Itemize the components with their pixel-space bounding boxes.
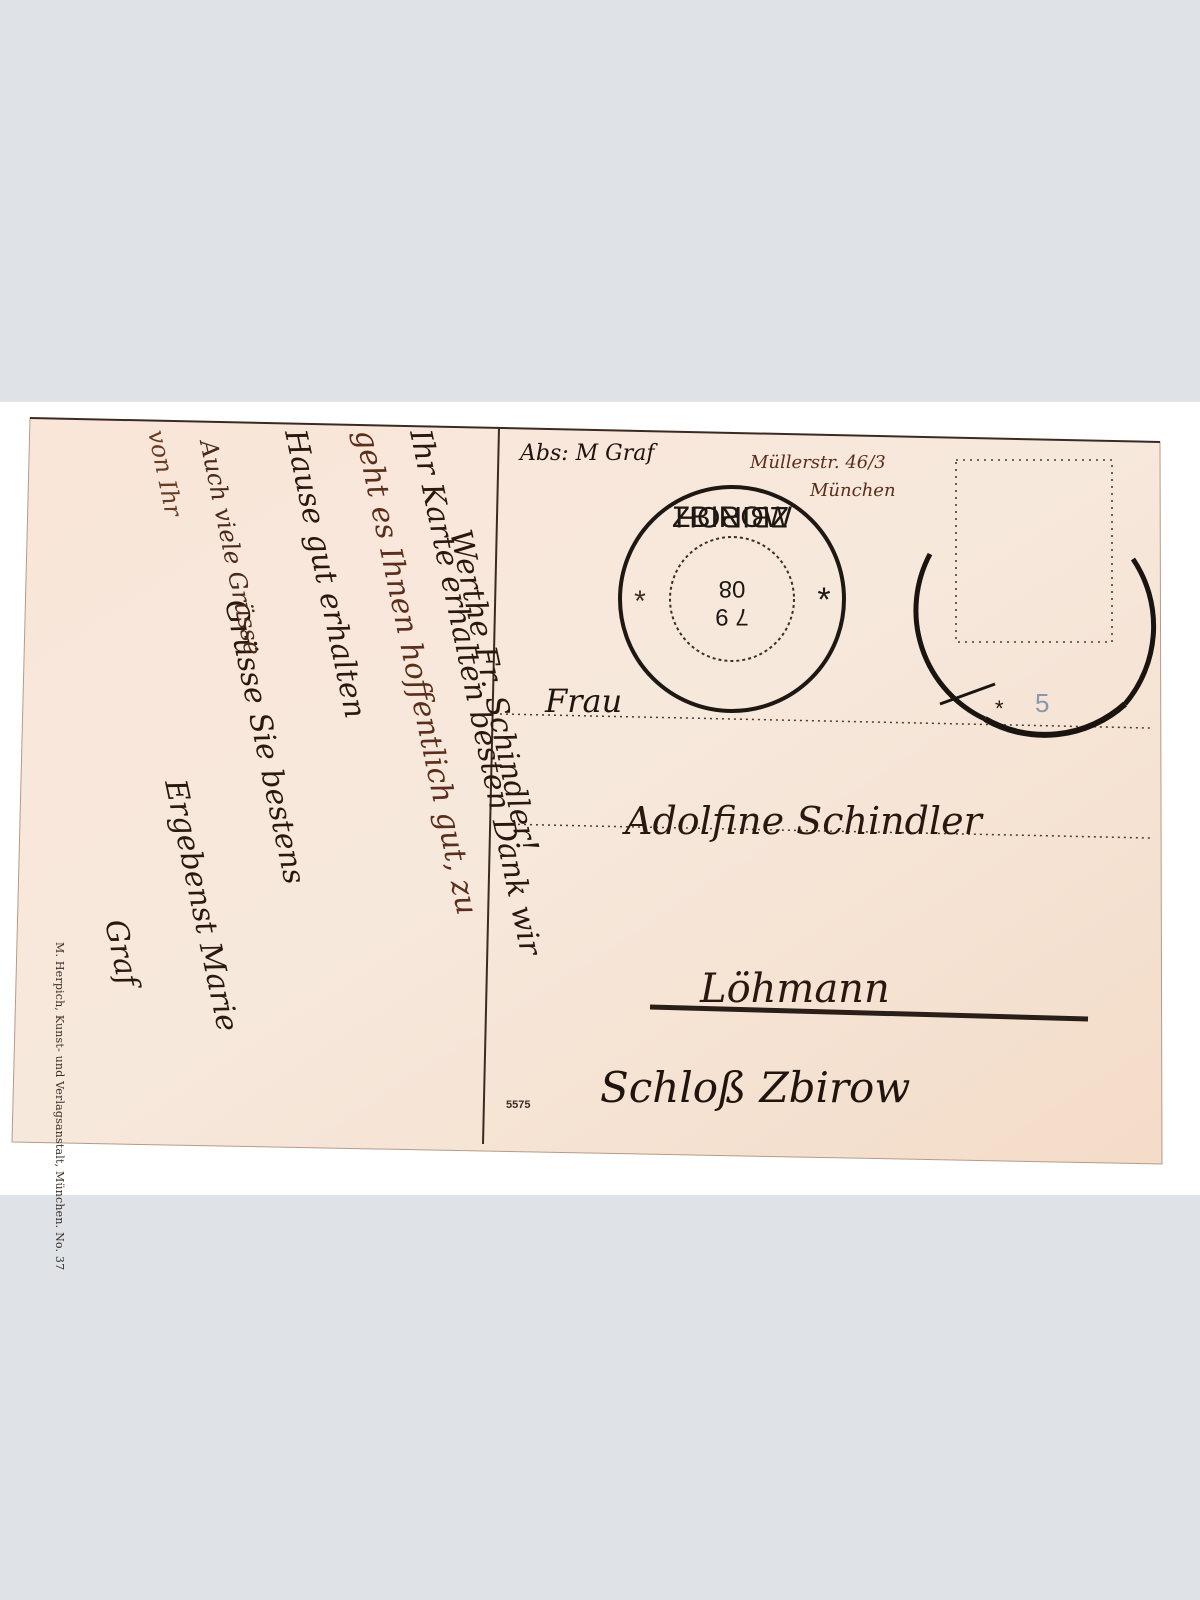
svg-text:*: * (634, 585, 646, 618)
svg-text:5: 5 (1035, 688, 1049, 718)
svg-text:ZBIROH: ZBIROH (675, 500, 788, 533)
postcard-back: ZBIROW ZBIROH * * 7 9 08 * 5 Abs: M Graf… (0, 402, 1200, 1195)
svg-text:Löhmann: Löhmann (699, 966, 890, 1012)
svg-text:7 9: 7 9 (715, 603, 748, 630)
svg-text:Abs: M Graf: Abs: M Graf (518, 441, 658, 466)
svg-text:Frau: Frau (544, 682, 622, 720)
svg-text:Adolfine Schindler: Adolfine Schindler (622, 799, 985, 843)
postcard-photo: ZBIROW ZBIROH * * 7 9 08 * 5 Abs: M Graf… (0, 402, 1200, 1195)
svg-text:*: * (995, 696, 1004, 721)
svg-text:*: * (817, 581, 830, 619)
svg-text:Schloß Zbirow: Schloß Zbirow (600, 1063, 910, 1112)
svg-text:München: München (809, 480, 896, 501)
svg-text:Müllerstr. 46/3: Müllerstr. 46/3 (749, 452, 886, 473)
publisher-imprint: M. Herpich, Kunst- und Verlagsanstalt, M… (48, 942, 68, 1442)
postcard-artwork: ZBIROW ZBIROH * * 7 9 08 * 5 Abs: M Graf… (0, 402, 1200, 1195)
svg-text:08: 08 (719, 575, 746, 602)
card-number: 5575 (506, 1099, 530, 1111)
